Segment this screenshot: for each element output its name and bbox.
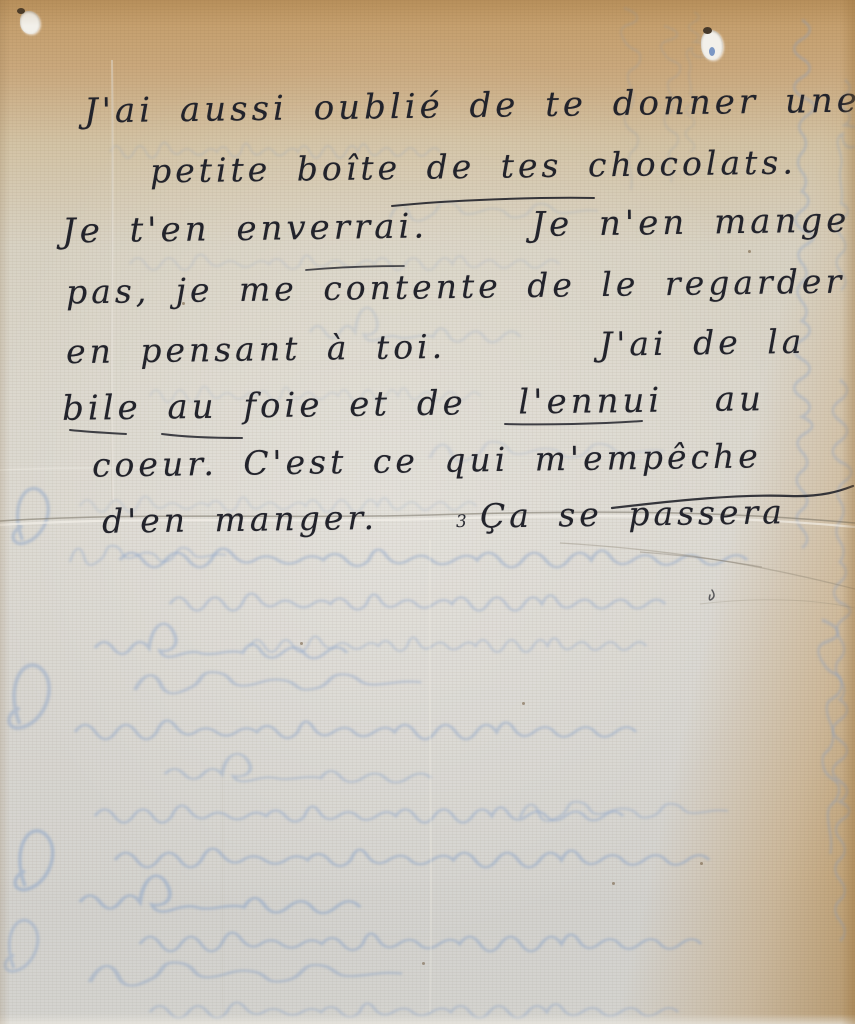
paper-edge-shading: [0, 0, 855, 1024]
letter-page: J'ai aussi oublié de te donner une petit…: [0, 0, 855, 1024]
